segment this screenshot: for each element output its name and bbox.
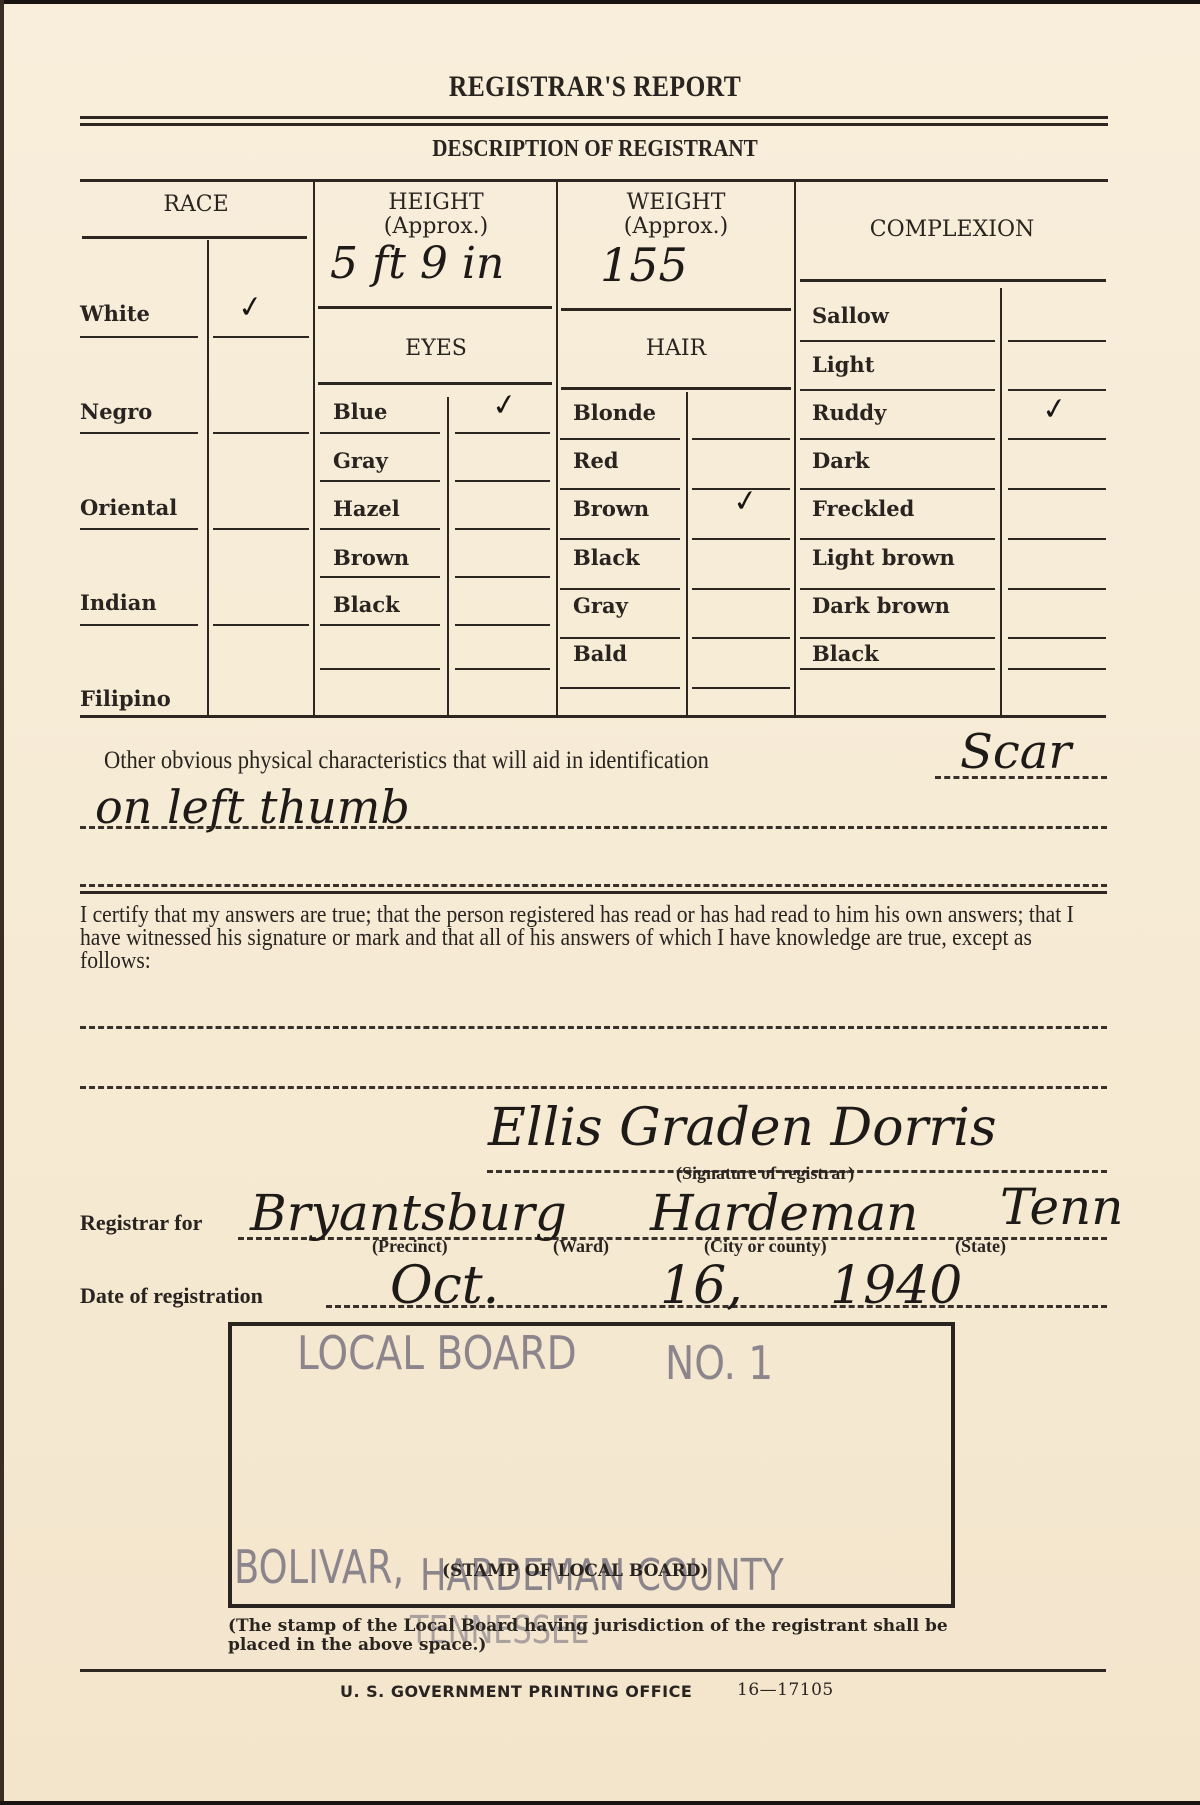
complexion-option-black: Black bbox=[812, 641, 879, 666]
rule bbox=[80, 432, 198, 434]
rule bbox=[560, 687, 680, 689]
eyes-option-gray: Gray bbox=[333, 448, 388, 473]
race-header: RACE bbox=[80, 192, 312, 218]
section-rule bbox=[80, 891, 1107, 894]
characteristics-line-2 bbox=[80, 826, 1107, 829]
hair-option-red: Red bbox=[573, 448, 619, 473]
rule bbox=[80, 528, 198, 530]
footer-form-number: 16—17105 bbox=[737, 1680, 834, 1700]
rule bbox=[692, 488, 790, 490]
height-header: HEIGHT bbox=[316, 190, 556, 216]
registrar-for-label: Registrar for bbox=[80, 1210, 202, 1236]
state-caption: (State) bbox=[955, 1236, 1006, 1257]
eyes-option-blue: Blue bbox=[333, 399, 387, 424]
rule bbox=[1008, 668, 1106, 670]
registrar-county-value[interactable]: Hardeman bbox=[650, 1184, 918, 1242]
rule bbox=[213, 624, 309, 626]
rule bbox=[320, 480, 440, 482]
hair-option-blonde: Blonde bbox=[573, 400, 656, 425]
scan-edge-bottom bbox=[0, 1801, 1200, 1805]
divider-eyes-check bbox=[447, 397, 449, 715]
rule bbox=[692, 438, 790, 440]
complexion-header-rule bbox=[800, 279, 1106, 282]
complexion-option-freckled: Freckled bbox=[812, 496, 914, 521]
registrar-state-value[interactable]: Tenn bbox=[1000, 1178, 1123, 1236]
rule bbox=[320, 432, 440, 434]
stamp-caption: (STAMP OF LOCAL BOARD) bbox=[442, 1562, 709, 1581]
rule bbox=[455, 624, 550, 626]
rule bbox=[560, 588, 680, 590]
rule bbox=[213, 528, 309, 530]
registrar-precinct-value[interactable]: Bryantsburg bbox=[250, 1184, 567, 1242]
rule bbox=[800, 340, 995, 342]
rule bbox=[800, 438, 995, 440]
certification-text: I certify that my answers are true; that… bbox=[80, 904, 1106, 973]
weight-value[interactable]: 155 bbox=[600, 238, 688, 292]
characteristics-value-1[interactable]: Scar bbox=[960, 724, 1071, 780]
divider-weight-complexion bbox=[794, 182, 796, 715]
eyes-option-hazel: Hazel bbox=[333, 496, 400, 521]
hair-option-gray: Gray bbox=[573, 593, 628, 618]
rule bbox=[692, 637, 790, 639]
weight-header: WEIGHT bbox=[558, 190, 794, 216]
eyes-option-brown: Brown bbox=[333, 545, 409, 570]
weight-approx: (Approx.) bbox=[558, 214, 794, 240]
rule bbox=[800, 588, 995, 590]
registrar-signature[interactable]: Ellis Graden Dorris bbox=[488, 1098, 997, 1158]
signature-caption: (Signature of registrar) bbox=[676, 1163, 854, 1184]
rule bbox=[1008, 438, 1106, 440]
stamp-local-board: LOCAL BOARD bbox=[297, 1326, 577, 1380]
footer-rule bbox=[80, 1669, 1106, 1672]
complexion-option-light-brown: Light brown bbox=[812, 545, 955, 570]
rule bbox=[560, 637, 680, 639]
scan-edge-top bbox=[0, 0, 1200, 4]
city-caption: (City or county) bbox=[704, 1236, 827, 1257]
rule bbox=[455, 528, 550, 530]
rule bbox=[800, 538, 995, 540]
rule bbox=[320, 528, 440, 530]
rule bbox=[213, 336, 309, 338]
divider-hair-check bbox=[686, 392, 688, 715]
divider-race-height bbox=[313, 182, 315, 715]
complexion-header: COMPLEXION bbox=[797, 217, 1107, 243]
hair-option-bald: Bald bbox=[573, 641, 627, 666]
eyes-header-rule bbox=[318, 382, 552, 385]
complexion-option-dark: Dark bbox=[812, 448, 869, 473]
exceptions-line-2 bbox=[80, 1086, 1107, 1089]
rule bbox=[1008, 637, 1106, 639]
date-label: Date of registration bbox=[80, 1283, 263, 1309]
precinct-caption: (Precinct) bbox=[372, 1236, 448, 1257]
hair-header-rule bbox=[561, 387, 791, 390]
title-rule-1 bbox=[80, 116, 1108, 119]
rule bbox=[692, 687, 790, 689]
hair-option-brown: Brown bbox=[573, 496, 649, 521]
rule bbox=[1008, 389, 1106, 391]
race-option-negro: Negro bbox=[80, 399, 152, 424]
race-option-filipino: Filipino bbox=[80, 686, 171, 711]
eyes-blue-check-icon[interactable]: ✓ bbox=[490, 386, 520, 424]
complexion-option-ruddy: Ruddy bbox=[812, 400, 886, 425]
eyes-header: EYES bbox=[316, 336, 556, 362]
rule bbox=[692, 538, 790, 540]
ward-caption: (Ward) bbox=[553, 1236, 609, 1257]
footer-printer: U. S. GOVERNMENT PRINTING OFFICE bbox=[340, 1682, 692, 1701]
rule bbox=[320, 668, 440, 670]
rule bbox=[800, 488, 995, 490]
table-bottom-rule bbox=[80, 715, 1106, 718]
rule bbox=[213, 432, 309, 434]
height-rule bbox=[318, 306, 552, 309]
stamp-board-number: NO. 1 bbox=[665, 1336, 773, 1390]
complexion-option-dark-brown: Dark brown bbox=[812, 593, 950, 618]
rule bbox=[320, 576, 440, 578]
rule bbox=[800, 637, 995, 639]
rule bbox=[80, 336, 198, 338]
rule bbox=[1008, 538, 1106, 540]
rule bbox=[80, 624, 198, 626]
characteristics-label: Other obvious physical characteristics t… bbox=[104, 747, 709, 775]
rule bbox=[1008, 340, 1106, 342]
rule bbox=[560, 438, 680, 440]
rule bbox=[320, 624, 440, 626]
rule bbox=[800, 389, 995, 391]
document-title: REGISTRAR'S REPORT bbox=[344, 70, 846, 104]
scan-edge-left bbox=[0, 0, 4, 1805]
hair-header: HAIR bbox=[558, 336, 794, 362]
rule bbox=[1008, 588, 1106, 590]
rule bbox=[455, 668, 550, 670]
exceptions-line-1 bbox=[80, 1026, 1107, 1029]
complexion-ruddy-check-icon[interactable]: ✓ bbox=[1040, 390, 1070, 428]
date-month-value[interactable]: Oct. bbox=[390, 1256, 499, 1316]
rule bbox=[455, 432, 550, 434]
rule bbox=[800, 668, 995, 670]
weight-rule bbox=[561, 308, 791, 311]
rule bbox=[692, 588, 790, 590]
divider-complexion-check bbox=[1000, 288, 1002, 715]
divider-height-weight bbox=[556, 182, 558, 715]
divider-race-check bbox=[207, 240, 209, 715]
stamp-note: (The stamp of the Local Board having jur… bbox=[228, 1617, 968, 1655]
race-white-check-icon[interactable]: ✓ bbox=[236, 288, 266, 326]
rule bbox=[1008, 488, 1106, 490]
rule bbox=[560, 538, 680, 540]
date-day-value[interactable]: 16, bbox=[660, 1256, 743, 1316]
complexion-option-sallow: Sallow bbox=[812, 303, 889, 328]
complexion-option-light: Light bbox=[812, 352, 874, 377]
rule bbox=[560, 488, 680, 490]
height-approx: (Approx.) bbox=[316, 214, 556, 240]
race-option-oriental: Oriental bbox=[80, 495, 177, 520]
table-top-rule bbox=[80, 179, 1108, 182]
title-rule-2 bbox=[80, 123, 1108, 126]
date-year-value[interactable]: 1940 bbox=[830, 1256, 962, 1316]
rule bbox=[455, 576, 550, 578]
race-option-white: White bbox=[80, 301, 150, 326]
rule bbox=[455, 480, 550, 482]
characteristics-line-3 bbox=[80, 884, 1107, 887]
race-header-rule bbox=[82, 236, 307, 239]
race-option-indian: Indian bbox=[80, 590, 157, 615]
height-value[interactable]: 5 ft 9 in bbox=[330, 238, 504, 289]
section-title: DESCRIPTION OF REGISTRANT bbox=[335, 136, 854, 163]
eyes-option-black: Black bbox=[333, 592, 400, 617]
hair-option-black: Black bbox=[573, 545, 640, 570]
stamp-city: BOLIVAR, bbox=[234, 1540, 404, 1594]
